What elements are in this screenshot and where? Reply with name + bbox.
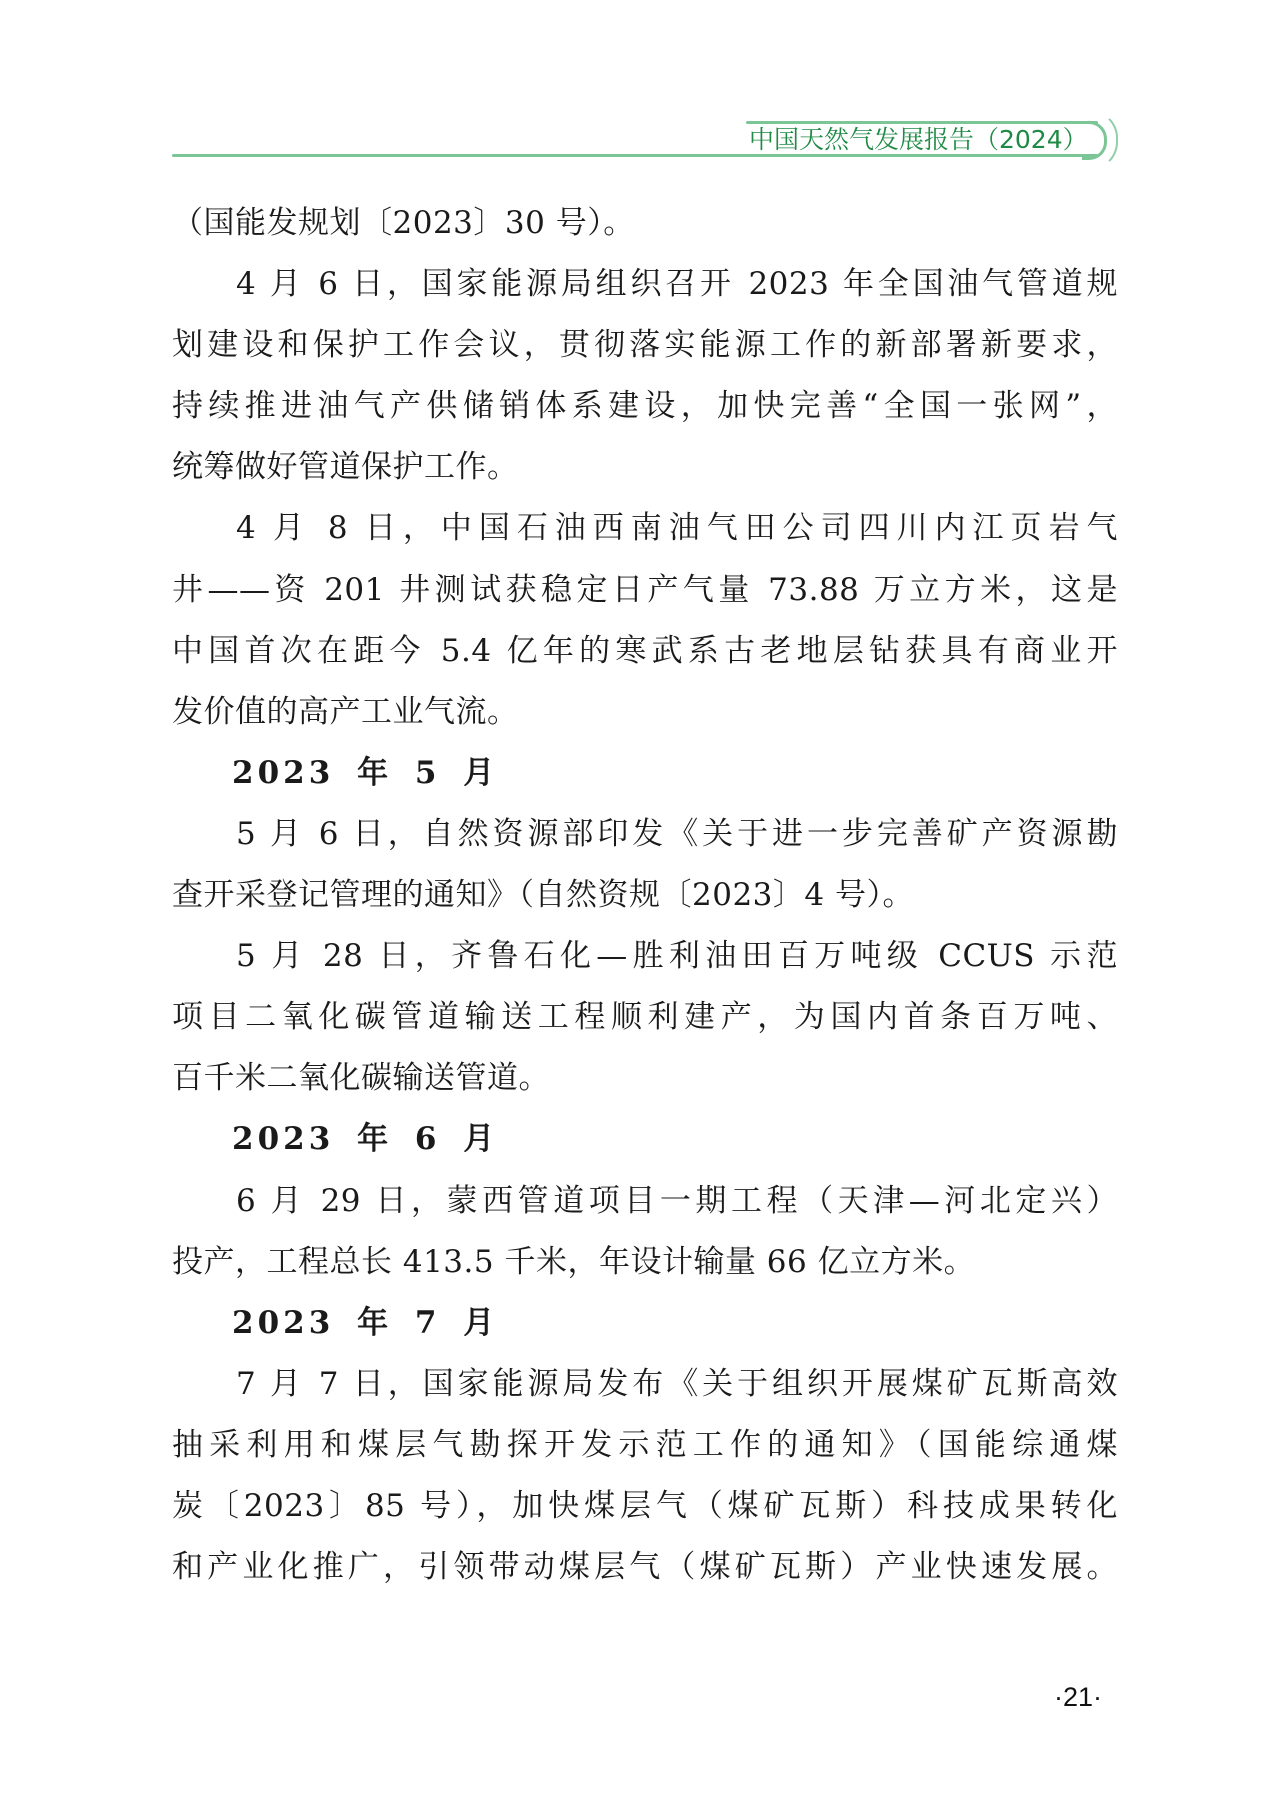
text-line: 井——资 201 井测试获稳定日产气量 73.88 万立方米，这是 xyxy=(172,560,1118,621)
text-line: 抽采利用和煤层气勘探开发示范工作的通知》（国能综通煤 xyxy=(172,1415,1118,1476)
text-line: 统筹做好管道保护工作。 xyxy=(172,437,1118,498)
body-text: （国能发规划〔2023〕30 号）。 4 月 6 日，国家能源局组织召开 202… xyxy=(172,193,1118,1598)
paragraph-start-line: 5 月 28 日，齐鲁石化—胜利油田百万吨级 CCUS 示范 xyxy=(172,926,1118,987)
header-decorative-arc xyxy=(1090,110,1118,170)
text-line: 持续推进油气产供储销体系建设，加快完善“全国一张网”， xyxy=(172,376,1118,437)
paragraph-start-line: 4 月 6 日，国家能源局组织召开 2023 年全国油气管道规 xyxy=(172,254,1118,315)
paragraph-start-line: 5 月 6 日，自然资源部印发《关于进一步完善矿产资源勘 xyxy=(172,804,1118,865)
page-number: ·21· xyxy=(1054,1680,1102,1714)
paragraph-start-line: 7 月 7 日，国家能源局发布《关于组织开展煤矿瓦斯高效 xyxy=(172,1354,1118,1415)
text-line: 百千米二氧化碳输送管道。 xyxy=(172,1048,1118,1109)
paragraph-start-line: 4 月 8 日，中国石油西南油气田公司四川内江页岩气 xyxy=(172,498,1118,559)
text-line: 和产业化推广，引领带动煤层气（煤矿瓦斯）产业快速发展。 xyxy=(172,1537,1118,1598)
section-heading-june: 2023 年 6 月 xyxy=(172,1109,1118,1170)
text-line: 投产，工程总长 413.5 千米，年设计输量 66 亿立方米。 xyxy=(172,1232,1118,1293)
paragraph-start-line: 6 月 29 日，蒙西管道项目一期工程（天津—河北定兴） xyxy=(172,1171,1118,1232)
text-line: 项目二氧化碳管道输送工程顺利建产，为国内首条百万吨、 xyxy=(172,987,1118,1048)
running-title: 中国天然气发展报告（2024） xyxy=(749,124,1088,156)
document-page: 中国天然气发展报告（2024） （国能发规划〔2023〕30 号）。 4 月 6… xyxy=(0,0,1280,1799)
text-line: （国能发规划〔2023〕30 号）。 xyxy=(172,193,1118,254)
text-line: 发价值的高产工业气流。 xyxy=(172,682,1118,743)
text-line: 划建设和保护工作会议，贯彻落实能源工作的新部署新要求， xyxy=(172,315,1118,376)
section-heading-july: 2023 年 7 月 xyxy=(172,1293,1118,1354)
text-line: 炭〔2023〕85 号），加快煤层气（煤矿瓦斯）科技成果转化 xyxy=(172,1476,1118,1537)
section-heading-may: 2023 年 5 月 xyxy=(172,743,1118,804)
text-line: 中国首次在距今 5.4 亿年的寒武系古老地层钻获具有商业开 xyxy=(172,621,1118,682)
text-line: 查开采登记管理的通知》（自然资规〔2023〕4 号）。 xyxy=(172,865,1118,926)
